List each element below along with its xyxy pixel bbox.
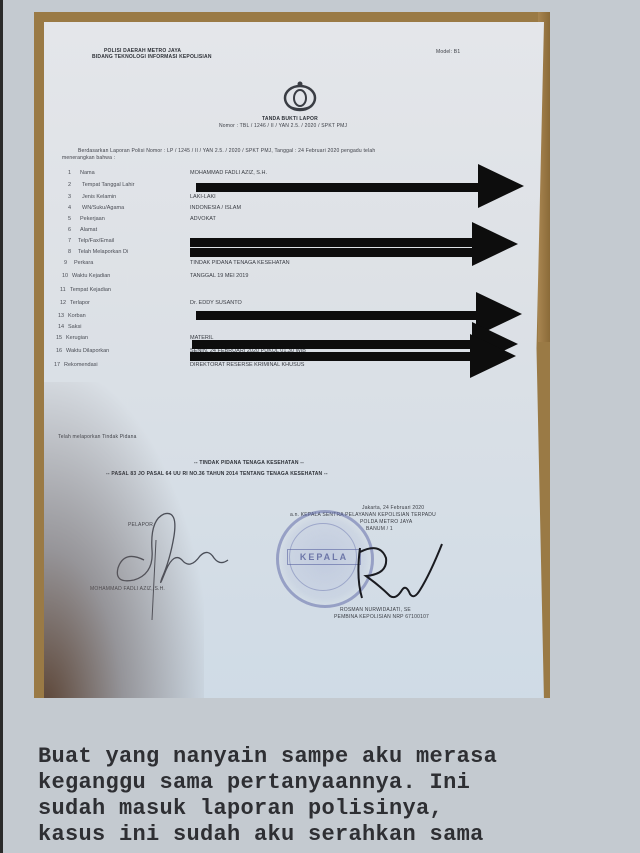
- row-label: Nama: [80, 170, 95, 176]
- row-number: 15: [56, 335, 62, 341]
- redaction-arrow-icon: [478, 164, 524, 208]
- row-number: 9: [64, 260, 67, 266]
- redaction-bar: [196, 183, 478, 192]
- header-line-2: BIDANG TEKNOLOGI INFORMASI KEPOLISIAN: [92, 54, 212, 60]
- row-value: DIREKTORAT RESERSE KRIMINAL KHUSUS: [190, 362, 304, 368]
- row-label: Telah Melaporkan Di: [78, 249, 128, 255]
- row-number: 6: [68, 227, 71, 233]
- row-value: INDONESIA / ISLAM: [190, 205, 241, 211]
- redaction-arrow-icon: [472, 222, 518, 266]
- caption-line: keganggu sama pertanyaannya. Ini: [38, 770, 618, 796]
- reported-line: Telah melaporkan Tindak Pidana: [58, 434, 137, 440]
- row-value: TANGGAL 19 MEI 2019: [190, 273, 248, 279]
- redaction-arrow-icon: [470, 334, 516, 378]
- story-caption: Buat yang nanyain sampe aku merasa kegan…: [38, 744, 618, 848]
- reporter-signature: [104, 500, 234, 620]
- row-label: Pekerjaan: [80, 216, 105, 222]
- redaction-bar: [190, 352, 470, 361]
- row-label: Terlapor: [70, 300, 90, 306]
- row-value: LAKI-LAKI: [190, 194, 216, 200]
- row-number: 10: [62, 273, 68, 279]
- row-number: 4: [68, 205, 71, 211]
- row-label: WN/Suku/Agama: [82, 205, 124, 211]
- intro-line-1: Berdasarkan Laporan Polisi Nomor : LP / …: [78, 148, 375, 154]
- row-label: Rekomendasi: [64, 362, 98, 368]
- redaction-bar: [196, 311, 476, 320]
- row-number: 3: [68, 194, 71, 200]
- redaction-bar: [190, 248, 472, 257]
- row-label: Telp/Fax/Email: [78, 238, 114, 244]
- row-value: TINDAK PIDANA TENAGA KESEHATAN: [190, 260, 290, 266]
- row-number: 14: [58, 324, 64, 330]
- row-number: 1: [68, 170, 71, 176]
- row-label: Tempat Kejadian: [70, 287, 111, 293]
- row-label: Waktu Dilaporkan: [66, 348, 109, 354]
- row-number: 17: [54, 362, 60, 368]
- row-label: Tempat Tanggal Lahir: [82, 182, 135, 188]
- redaction-bar: [190, 238, 472, 247]
- officer-title-3: BANUM / 1: [366, 526, 393, 532]
- officer-signature: [350, 538, 450, 608]
- caption-line: sudah masuk laporan polisinya,: [38, 796, 618, 822]
- police-emblem-icon: [282, 80, 318, 112]
- document-number: Nomor : TBL / 1246 / II / YAN 2.5. / 202…: [219, 123, 347, 129]
- redaction-bar: [192, 340, 474, 349]
- row-number: 11: [60, 287, 66, 293]
- offense-line-2: -- PASAL 83 JO PASAL 64 UU RI NO.36 TAHU…: [106, 471, 328, 477]
- caption-line: kasus ini sudah aku serahkan sama: [38, 822, 618, 848]
- row-number: 7: [68, 238, 71, 244]
- officer-rank: PEMBINA KEPOLISIAN NRP 67100107: [334, 614, 429, 620]
- officer-title-2: POLDA METRO JAYA: [360, 519, 412, 525]
- form-code: Model: B1: [436, 49, 460, 55]
- row-number: 2: [68, 182, 71, 188]
- row-number: 8: [68, 249, 71, 255]
- document-title: TANDA BUKTI LAPOR: [262, 116, 318, 122]
- row-value: MOHAMMAD FADLI AZIZ, S.H.: [190, 170, 267, 176]
- row-number: 13: [58, 313, 64, 319]
- row-label: Perkara: [74, 260, 93, 266]
- offense-line-1: -- TINDAK PIDANA TENAGA KESEHATAN --: [194, 460, 304, 466]
- screen-left-edge: [0, 0, 3, 853]
- intro-line-2: menerangkan bahwa :: [62, 155, 115, 161]
- officer-name: ROSMAN NURWIDAJATI, SE: [340, 607, 411, 613]
- caption-line: Buat yang nanyain sampe aku merasa: [38, 744, 618, 770]
- row-number: 12: [60, 300, 66, 306]
- row-label: Kerugian: [66, 335, 88, 341]
- place-date: Jakarta, 24 Februari 2020: [362, 505, 424, 511]
- row-number: 5: [68, 216, 71, 222]
- row-label: Waktu Kejadian: [72, 273, 110, 279]
- row-label: Saksi: [68, 324, 81, 330]
- row-label: Jenis Kelamin: [82, 194, 116, 200]
- row-value: Dr. EDDY SUSANTO: [190, 300, 242, 306]
- row-number: 16: [56, 348, 62, 354]
- row-label: Korban: [68, 313, 86, 319]
- row-value: ADVOKAT: [190, 216, 216, 222]
- row-label: Alamat: [80, 227, 97, 233]
